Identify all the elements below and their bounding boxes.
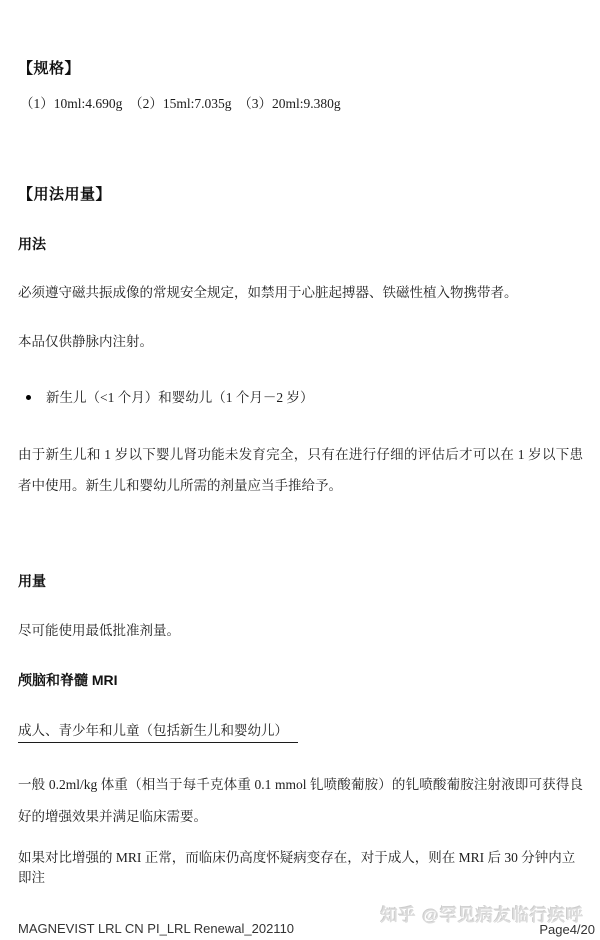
newborn-bullet-label: 新生儿（<1 个月）和婴幼儿（1 个月－2 岁） bbox=[46, 388, 314, 408]
usage-subheading: 用法 bbox=[18, 234, 46, 254]
dose-minimum-paragraph: 尽可能使用最低批准剂量。 bbox=[18, 621, 180, 641]
spec-section-heading: 【规格】 bbox=[18, 57, 80, 78]
document-page: 【规格】 （1）10ml:4.690g （2）15ml:7.035g （3）20… bbox=[0, 0, 600, 940]
population-heading-wrap: 成人、青少年和儿童（包括新生儿和婴幼儿） bbox=[18, 719, 298, 743]
usage-safety-paragraph: 必须遵守磁共振成像的常规安全规定，如禁用于心脏起搏器、铁磁性植入物携带者。 bbox=[18, 283, 583, 303]
footer-document-id: MAGNEVIST LRL CN PI_LRL Renewal_202110 bbox=[18, 921, 294, 936]
dose-subheading: 用量 bbox=[18, 571, 46, 591]
bullet-icon bbox=[26, 395, 31, 400]
usage-route-paragraph: 本品仅供静脉内注射。 bbox=[18, 332, 153, 352]
followup-paragraph: 如果对比增强的 MRI 正常，而临床仍高度怀疑病变存在，对于成人，则在 MRI … bbox=[18, 848, 583, 888]
spec-values-line: （1）10ml:4.690g （2）15ml:7.035g （3）20ml:9.… bbox=[20, 94, 341, 114]
dose-detail-paragraph: 一般 0.2ml/kg 体重（相当于每千克体重 0.1 mmol 钆喷酸葡胺）的… bbox=[18, 769, 583, 833]
footer-page-indicator: Page4/20 bbox=[539, 922, 595, 937]
mri-subheading: 颅脑和脊髓 MRI bbox=[18, 670, 118, 690]
dosage-section-heading: 【用法用量】 bbox=[18, 183, 111, 204]
newborn-paragraph: 由于新生儿和 1 岁以下婴儿肾功能未发育完全，只有在进行仔细的评估后才可以在 1… bbox=[18, 439, 583, 501]
population-underline-heading: 成人、青少年和儿童（包括新生儿和婴幼儿） bbox=[18, 719, 298, 743]
